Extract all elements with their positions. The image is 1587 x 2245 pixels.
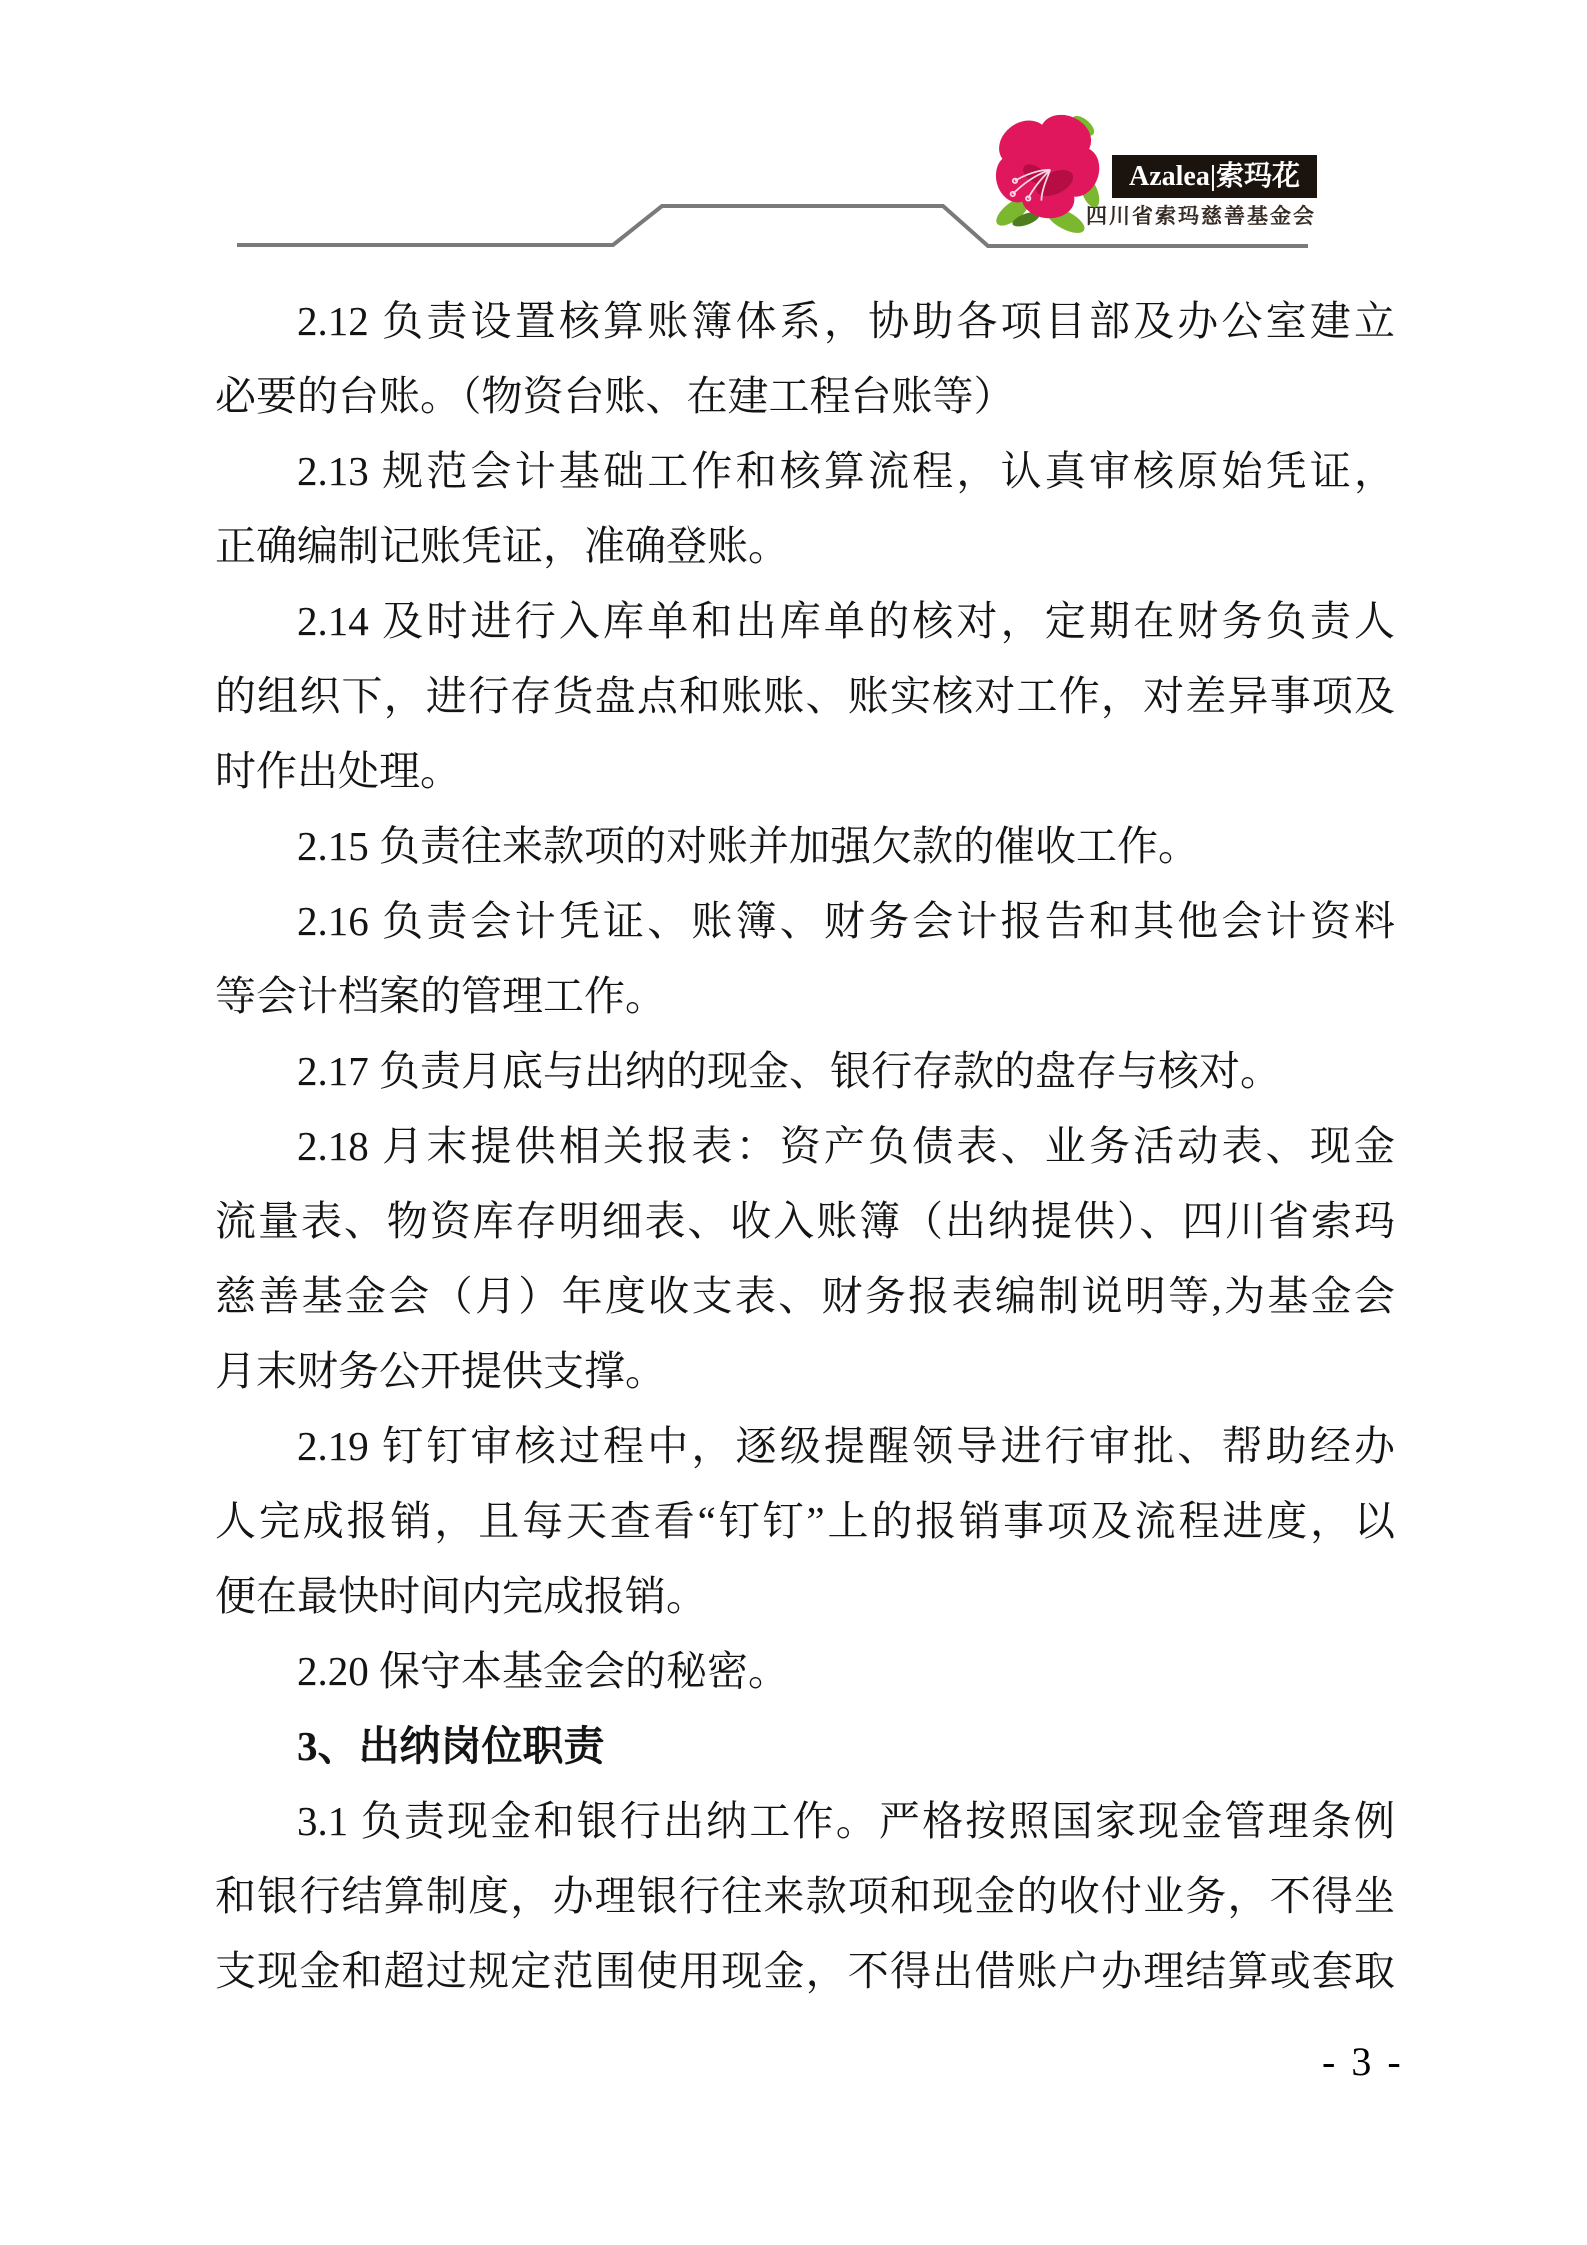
text-line: 必要的台账。（物资台账、在建工程台账等） (215, 359, 1395, 434)
text-line: 2.14 及时进行入库单和出库单的核对，定期在财务负责人 (215, 584, 1395, 659)
text-line: 2.15 负责往来款项的对账并加强欠款的催收工作。 (215, 809, 1395, 884)
text-line: 2.18 月末提供相关报表：资产负债表、业务活动表、现金 (215, 1109, 1395, 1184)
text-line: 支现金和超过规定范围使用现金，不得出借账户办理结算或套取 (215, 1934, 1395, 2009)
page-number: - 3 - (1322, 2038, 1404, 2085)
brand-banner: Azalea|索玛花 (1112, 155, 1317, 198)
text-line: 时作出处理。 (215, 734, 1395, 809)
text-line: 人完成报销，且每天查看“钉钉”上的报销事项及流程进度，以 (215, 1484, 1395, 1559)
text-line: 2.12 负责设置核算账簿体系，协助各项目部及办公室建立 (215, 284, 1395, 359)
header-divider-line (0, 0, 1587, 300)
brand-title: Azalea|索玛花 (1129, 155, 1300, 198)
text-line: 3、出纳岗位职责 (215, 1709, 1395, 1784)
text-line: 和银行结算制度，办理银行往来款项和现金的收付业务，不得坐 (215, 1859, 1395, 1934)
text-line: 2.16 负责会计凭证、账簿、财务会计报告和其他会计资料 (215, 884, 1395, 959)
text-line: 等会计档案的管理工作。 (215, 959, 1395, 1034)
text-line: 正确编制记账凭证，准确登账。 (215, 509, 1395, 584)
text-line: 2.19 钉钉审核过程中，逐级提醒领导进行审批、帮助经办 (215, 1409, 1395, 1484)
text-line: 3.1 负责现金和银行出纳工作。严格按照国家现金管理条例 (215, 1784, 1395, 1859)
brand-subtitle: 四川省索玛慈善基金会 (1086, 200, 1322, 230)
text-line: 的组织下，进行存货盘点和账账、账实核对工作，对差异事项及 (215, 659, 1395, 734)
text-line: 2.17 负责月底与出纳的现金、银行存款的盘存与核对。 (215, 1034, 1395, 1109)
document-body: 2.12 负责设置核算账簿体系，协助各项目部及办公室建立必要的台账。（物资台账、… (215, 284, 1395, 2009)
text-line: 2.13 规范会计基础工作和核算流程，认真审核原始凭证， (215, 434, 1395, 509)
text-line: 便在最快时间内完成报销。 (215, 1559, 1395, 1634)
azalea-flower-icon (982, 106, 1114, 238)
text-line: 慈善基金会（月）年度收支表、财务报表编制说明等,为基金会 (215, 1259, 1395, 1334)
text-line: 2.20 保守本基金会的秘密。 (215, 1634, 1395, 1709)
text-line: 流量表、物资库存明细表、收入账簿（出纳提供）、四川省索玛 (215, 1184, 1395, 1259)
document-page: Azalea|索玛花 四川省索玛慈善基金会 (0, 0, 1587, 2245)
text-line: 月末财务公开提供支撑。 (215, 1334, 1395, 1409)
